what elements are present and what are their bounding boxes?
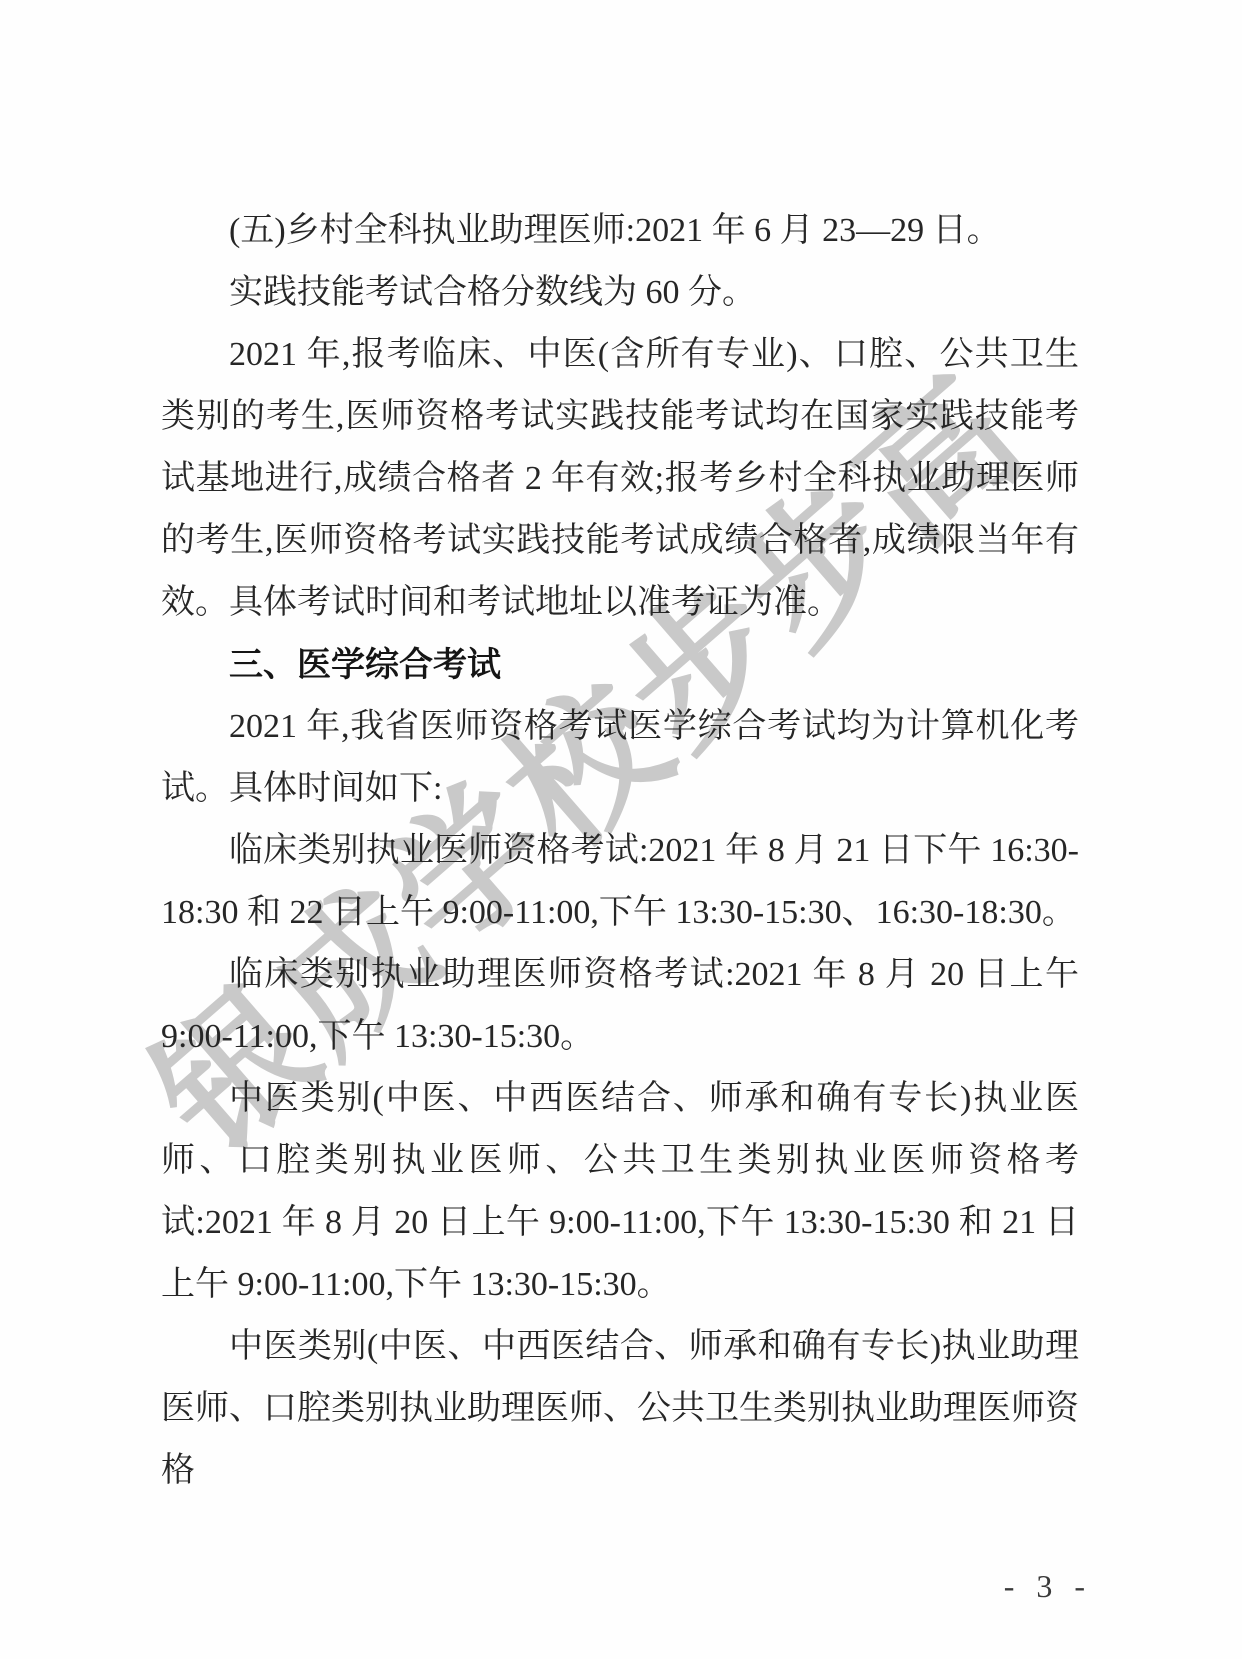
document-page: 银成学校步步高 (五)乡村全科执业助理医师:2021 年 6 月 23—29 日…	[0, 0, 1242, 1659]
paragraph-practical-skills-validity: 2021 年,报考临床、中医(含所有专业)、口腔、公共卫生类别的考生,医师资格考…	[161, 324, 1079, 634]
page-number: - 3 -	[1004, 1568, 1092, 1605]
paragraph-computerized-exam-intro: 2021 年,我省医师资格考试医学综合考试均为计算机化考试。具体时间如下:	[161, 696, 1079, 820]
paragraph-tcm-dental-public-health-physician-schedule: 中医类别(中医、中西医结合、师承和确有专长)执业医师、口腔类别执业医师、公共卫生…	[161, 1068, 1079, 1316]
paragraph-clinical-physician-schedule: 临床类别执业医师资格考试:2021 年 8 月 21 日下午 16:30-18:…	[161, 820, 1079, 944]
paragraph-clinical-assistant-schedule: 临床类别执业助理医师资格考试:2021 年 8 月 20 日上午 9:00-11…	[161, 944, 1079, 1068]
document-body: (五)乡村全科执业助理医师:2021 年 6 月 23—29 日。 实践技能考试…	[161, 200, 1079, 1502]
paragraph-tcm-dental-public-health-assistant-continued: 中医类别(中医、中西医结合、师承和确有专长)执业助理医师、口腔类别执业助理医师、…	[161, 1316, 1079, 1502]
section-heading-medical-comprehensive-exam: 三、医学综合考试	[161, 634, 1079, 696]
paragraph-rural-assistant-exam-dates: (五)乡村全科执业助理医师:2021 年 6 月 23—29 日。	[161, 200, 1079, 262]
paragraph-passing-score: 实践技能考试合格分数线为 60 分。	[161, 262, 1079, 324]
